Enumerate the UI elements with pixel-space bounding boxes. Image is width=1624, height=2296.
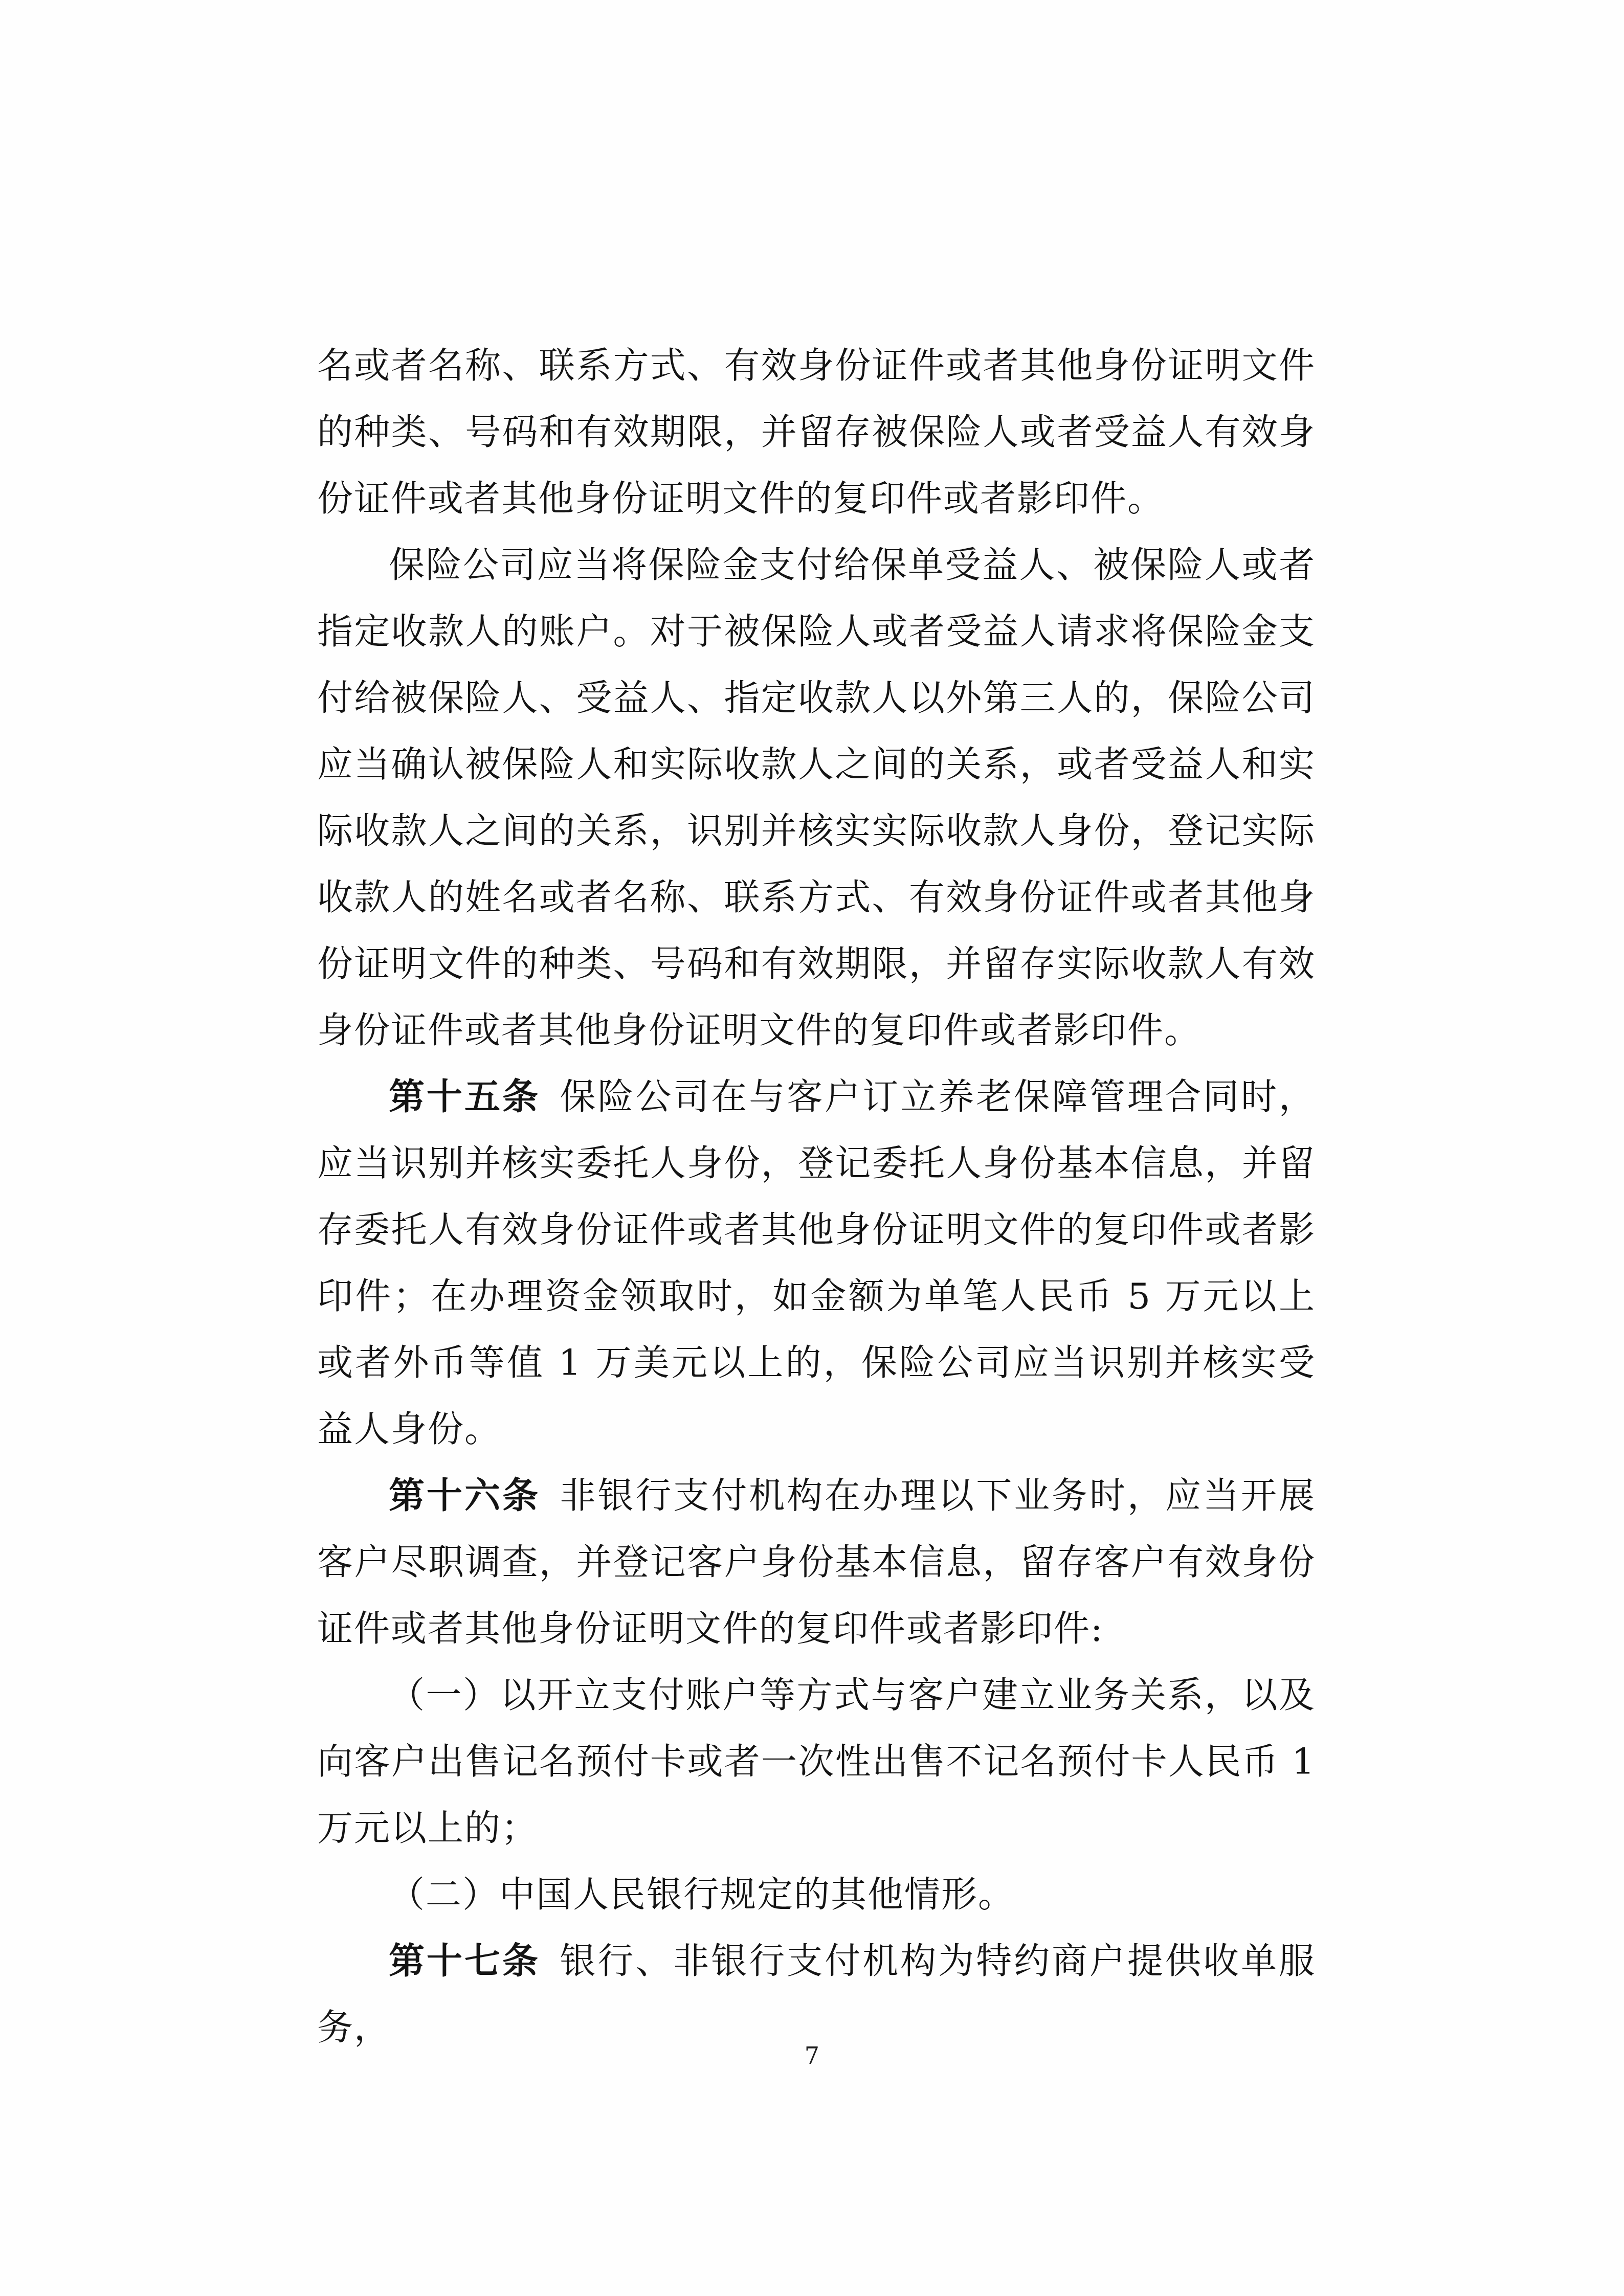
text-paragraph: （一）以开立支付账户等方式与客户建立业务关系，以及向客户出售记名预付卡或者一次性… xyxy=(317,1662,1316,1861)
document-body: 名或者名称、联系方式、有效身份证件或者其他身份证明文件的种类、号码和有效期限，并… xyxy=(317,332,1316,2061)
page-number: 7 xyxy=(0,2040,1624,2071)
paragraph-text: （二）中国人民银行规定的其他情形。 xyxy=(389,1874,1015,1916)
paragraph-text: 名或者名称、联系方式、有效身份证件或者其他身份证明文件的种类、号码和有效期限，并… xyxy=(317,345,1316,520)
text-paragraph: 第十六条非银行支付机构在办理以下业务时，应当开展客户尽职调查，并登记客户身份基本… xyxy=(317,1462,1316,1662)
text-paragraph: 保险公司应当将保险金支付给保单受益人、被保险人或者指定收款人的账户。对于被保险人… xyxy=(317,532,1316,1064)
paragraph-text: 保险公司应当将保险金支付给保单受益人、被保险人或者指定收款人的账户。对于被保险人… xyxy=(317,544,1316,1051)
paragraph-text: （一）以开立支付账户等方式与客户建立业务关系，以及向客户出售记名预付卡或者一次性… xyxy=(317,1674,1316,1849)
article-number: 第十七条 xyxy=(389,1940,540,1982)
article-number: 第十六条 xyxy=(389,1474,540,1517)
text-paragraph: （二）中国人民银行规定的其他情形。 xyxy=(317,1861,1316,1928)
text-paragraph: 第十五条保险公司在与客户订立养老保障管理合同时，应当识别并核实委托人身份，登记委… xyxy=(317,1064,1316,1462)
text-paragraph: 名或者名称、联系方式、有效身份证件或者其他身份证明文件的种类、号码和有效期限，并… xyxy=(317,332,1316,532)
document-page: 名或者名称、联系方式、有效身份证件或者其他身份证明文件的种类、号码和有效期限，并… xyxy=(0,0,1624,2296)
article-number: 第十五条 xyxy=(389,1075,540,1118)
paragraph-text: 保险公司在与客户订立养老保障管理合同时，应当识别并核实委托人身份，登记委托人身份… xyxy=(317,1076,1316,1450)
